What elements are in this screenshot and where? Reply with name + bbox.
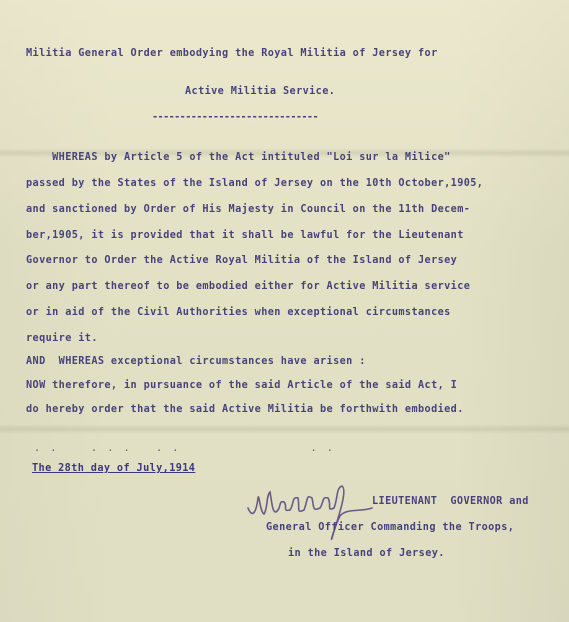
dotted-marks: . . . . . . . . . xyxy=(34,443,335,454)
body-line: WHEREAS by Article 5 of the Act intitule… xyxy=(26,152,451,163)
document-subtitle: Active Militia Service. xyxy=(185,86,335,97)
handwritten-signature-icon xyxy=(242,478,374,550)
body-line: require it. xyxy=(26,333,98,344)
dashed-rule: ------------------------------ xyxy=(152,112,318,123)
document-page: Militia General Order embodying the Roya… xyxy=(0,0,569,622)
signature-title: in the Island of Jersey. xyxy=(288,548,445,559)
body-line: or in aid of the Civil Authorities when … xyxy=(26,307,451,318)
body-line: and sanctioned by Order of His Majesty i… xyxy=(26,204,470,215)
body-line: Governor to Order the Active Royal Milit… xyxy=(26,255,457,266)
signature-title: General Officer Commanding the Troops, xyxy=(266,522,514,533)
body-line: do hereby order that the said Active Mil… xyxy=(26,404,464,415)
body-line: passed by the States of the Island of Je… xyxy=(26,178,483,189)
document-title: Militia General Order embodying the Roya… xyxy=(26,48,438,59)
body-line: or any part thereof to be embodied eithe… xyxy=(26,281,470,292)
document-date: The 28th day of July,1914 xyxy=(32,463,195,474)
body-line: AND WHEREAS exceptional circumstances ha… xyxy=(26,356,366,367)
body-line: ber,1905, it is provided that it shall b… xyxy=(26,230,464,241)
paper-fold xyxy=(0,424,569,434)
signature-title: LIEUTENANT GOVERNOR and xyxy=(372,496,529,507)
body-line: NOW therefore, in pursuance of the said … xyxy=(26,380,457,391)
